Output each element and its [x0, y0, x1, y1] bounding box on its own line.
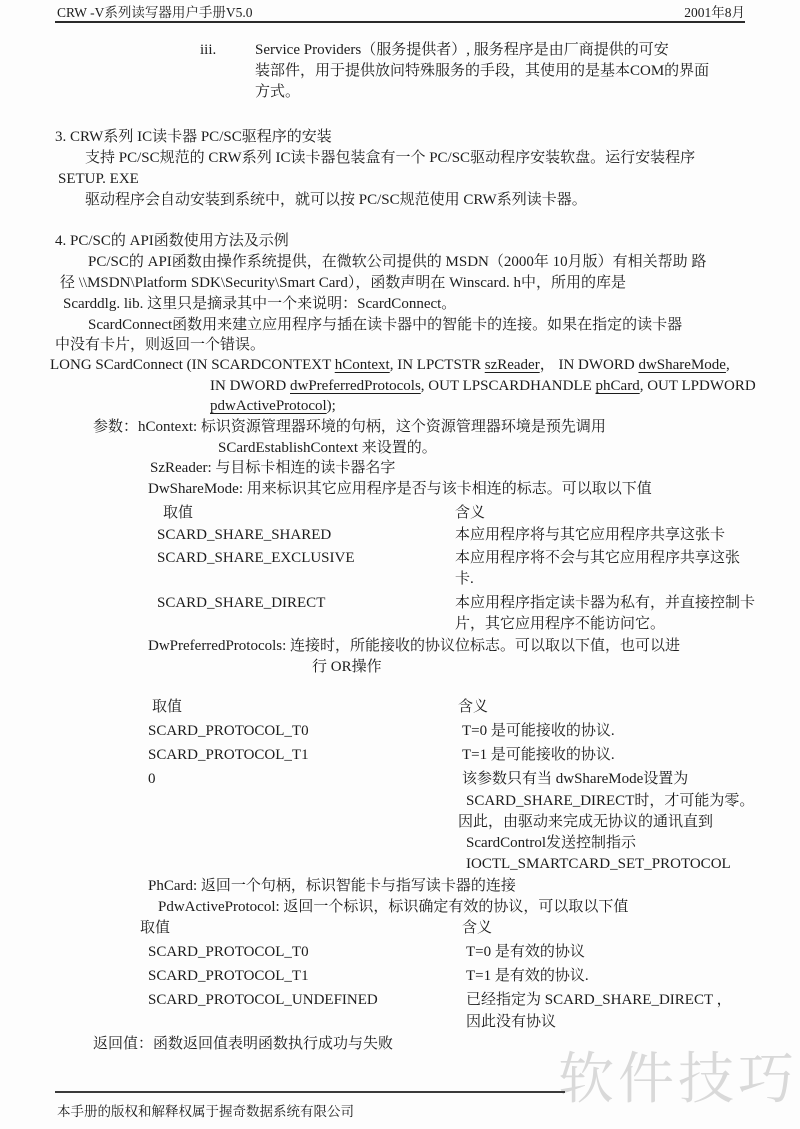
param-hContext: hContext	[335, 357, 390, 373]
param-pdwActiveProtocol: pdwActiveProtocol	[210, 398, 327, 414]
section3-line2: SETUP. EXE	[58, 169, 139, 189]
param-hcontext-desc-line1: 参数：hContext: 标识资源管理器环境的句柄，这个资源管理器环境是预先调用	[93, 417, 606, 437]
function-declaration-line2: IN DWORD dwPreferredProtocols, OUT LPSCA…	[210, 376, 756, 396]
param-dwPreferredProtocols: dwPreferredProtocols	[290, 378, 421, 394]
document-page: CRW -V系列读写器用户手册V5.0 2001年8月 iii. Service…	[0, 0, 800, 1129]
header-title: CRW -V系列读写器用户手册V5.0	[57, 4, 253, 22]
decl-text: LONG SCardConnect (IN SCARDCONTEXT	[50, 357, 335, 373]
header-rule	[55, 21, 745, 23]
table3-row-key: SCARD_PROTOCOL_UNDEFINED	[148, 990, 378, 1010]
table3-row-value: 已经指定为 SCARD_SHARE_DIRECT ，	[466, 990, 732, 1010]
table1-header-value: 取值	[163, 503, 193, 523]
decl-text: ， IN DWORD	[540, 357, 639, 373]
section3-title: 3. CRW系列 IC读卡器 PC/SC驱程序的安装	[55, 127, 332, 147]
section4-line5: 中没有卡片，则返回一个错误。	[55, 335, 265, 355]
table2-row-key: SCARD_PROTOCOL_T0	[148, 721, 309, 741]
table2-header-value: 取值	[152, 697, 182, 717]
table2-row-key: SCARD_PROTOCOL_T1	[148, 745, 309, 765]
table1-row-value: 片，其它应用程序不能访问它。	[455, 614, 665, 634]
section4-title: 4. PC/SC的 API函数使用方法及示例	[55, 231, 289, 251]
para-iii-line2: 装部件，用于提供放问特殊服务的手段，其使用的是基本COM的界面	[255, 61, 709, 81]
table2-row-value: IOCTL_SMARTCARD_SET_PROTOCOL	[466, 854, 731, 874]
table2-row-value: T=1 是可能接收的协议.	[462, 745, 615, 765]
param-dwShareMode: dwShareMode	[638, 357, 725, 373]
table3-header-value: 取值	[140, 918, 170, 938]
watermark: 软件技巧	[558, 1035, 798, 1115]
table3-row-value: T=0 是有效的协议	[466, 942, 585, 962]
table1-row-key: SCARD_SHARE_EXCLUSIVE	[157, 548, 355, 568]
table2-row-value: SCARD_SHARE_DIRECT时，才可能为零。	[466, 791, 754, 811]
param-dwsharemode-desc: DwShareMode: 用来标识其它应用程序是否与该卡相连的标志。可以取以下值	[148, 479, 652, 499]
table2-row-value: T=0 是可能接收的协议.	[462, 721, 615, 741]
header-date: 2001年8月	[684, 4, 745, 22]
footer-rule	[55, 1091, 565, 1093]
table3-row-key: SCARD_PROTOCOL_T1	[148, 966, 309, 986]
section3-line1: 支持 PC/SC规范的 CRW系列 IC读卡器包装盒有一个 PC/SC驱动程序安…	[85, 148, 695, 168]
param-szReader: szReader	[485, 357, 540, 373]
footer-copyright: 本手册的版权和解释权属于握奇数据系统有限公司	[57, 1100, 354, 1120]
table1-row-value: 本应用程序指定读卡器为私有，并直接控制卡	[455, 593, 755, 613]
section4-line3: Scarddlg. lib. 这里只是摘录其中一个来说明：ScardConnec…	[63, 294, 456, 314]
section3-line3: 驱动程序会自动安装到系统中，就可以按 PC/SC规范使用 CRW系列读卡器。	[85, 190, 587, 210]
table3-row-value: 因此没有协议	[466, 1012, 556, 1032]
table1-row-value: 卡.	[455, 569, 474, 589]
decl-text: , OUT LPSCARDHANDLE	[421, 378, 596, 394]
decl-text: IN DWORD	[210, 378, 290, 394]
table3-row-value: T=1 是有效的协议.	[466, 966, 589, 986]
table1-row-value: 本应用程序将不会与其它应用程序共享这张	[455, 548, 740, 568]
decl-text: );	[327, 398, 336, 414]
table1-header-meaning: 含义	[455, 503, 485, 523]
table2-row-value: 该参数只有当 dwShareMode设置为	[462, 769, 688, 789]
param-hcontext-desc-line2: SCardEstablishContext 来设置的。	[218, 438, 437, 458]
table2-row-value: ScardControl发送控制指示	[466, 833, 636, 853]
table1-row-key: SCARD_SHARE_DIRECT	[157, 593, 325, 613]
decl-text: ,	[726, 357, 730, 373]
table2-row-value: 因此，由驱动来完成无协议的通讯直到	[458, 812, 713, 832]
function-declaration-line3: pdwActiveProtocol);	[210, 396, 336, 416]
table3-row-key: SCARD_PROTOCOL_T0	[148, 942, 309, 962]
table1-row-value: 本应用程序将与其它应用程序共享这张卡	[455, 525, 725, 545]
param-dwpreferred-desc-line1: DwPreferredProtocols: 连接时，所能接收的协议位标志。可以取…	[148, 636, 680, 656]
param-phCard: phCard	[596, 378, 640, 394]
section4-line2: 径 \\MSDN\Platform SDK\Security\Smart Car…	[60, 273, 626, 293]
para-iii-line3: 方式。	[255, 82, 300, 102]
return-value-line: 返回值：函数返回值表明函数执行成功与失败	[93, 1034, 393, 1054]
param-dwpreferred-desc-line2: 行 OR操作	[312, 657, 382, 677]
decl-text: , IN LPCTSTR	[390, 357, 485, 373]
param-pdwactive-desc: PdwActiveProtocol: 返回一个标识，标识确定有效的协议，可以取以…	[158, 897, 628, 917]
table2-row-key: 0	[148, 769, 156, 789]
list-marker-iii: iii.	[200, 40, 216, 60]
table3-header-meaning: 含义	[462, 918, 492, 938]
section4-line4: ScardConnect函数用来建立应用程序与插在读卡器中的智能卡的连接。如果在…	[88, 315, 682, 335]
decl-text: , OUT LPDWORD	[640, 378, 756, 394]
table2-header-meaning: 含义	[458, 697, 488, 717]
para-iii-line1: Service Providers（服务提供者）, 服务程序是由厂商提供的可安	[255, 40, 669, 60]
section4-line1: PC/SC的 API函数由操作系统提供，在微软公司提供的 MSDN（2000年 …	[88, 252, 706, 272]
param-phcard-desc: PhCard: 返回一个句柄，标识智能卡与指写读卡器的连接	[148, 876, 516, 896]
function-declaration-line1: LONG SCardConnect (IN SCARDCONTEXT hCont…	[50, 355, 730, 375]
table1-row-key: SCARD_SHARE_SHARED	[157, 525, 331, 545]
param-szreader-desc: SzReader: 与目标卡相连的读卡器名字	[150, 458, 395, 478]
